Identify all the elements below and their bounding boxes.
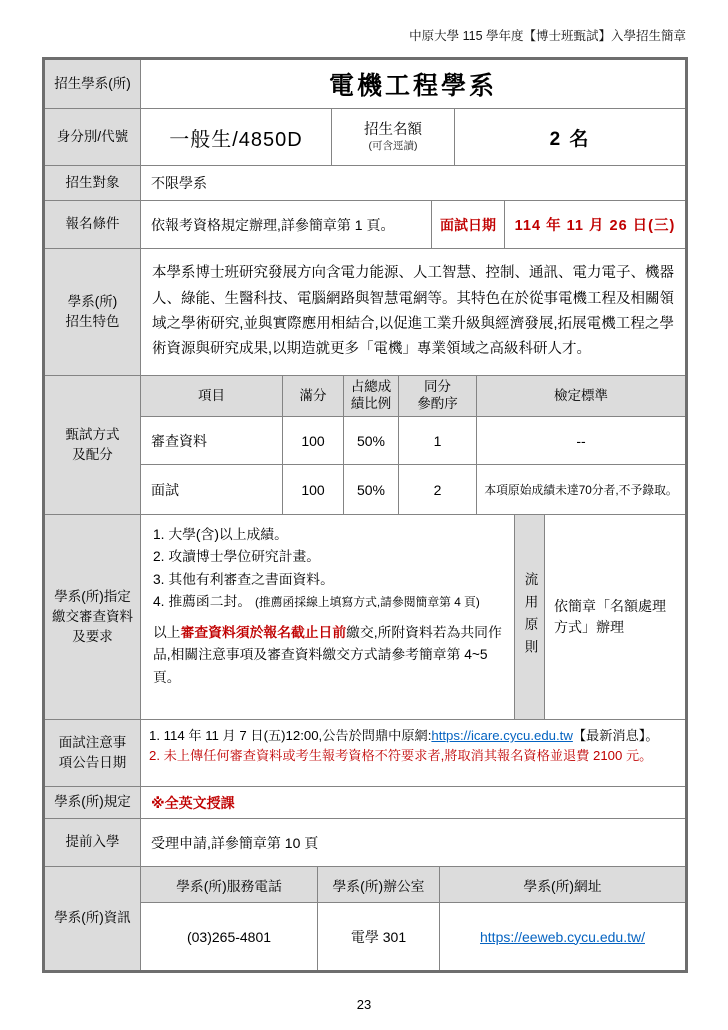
exam-header-item: 項目 <box>141 376 282 416</box>
row-early-admission: 提前入學 受理申請,詳參簡章第 10 頁 <box>45 818 685 866</box>
exam-header-standard: 檢定標準 <box>476 376 685 416</box>
quota-value: 2 名 <box>550 124 591 151</box>
identity-value: 一般生/4850D <box>140 109 331 165</box>
department-label: 招生學系(所) <box>45 60 140 108</box>
target-label: 招生對象 <box>45 166 140 200</box>
exam-table: 項目 滿分 占總成 績比例 同分 參酌序 檢定標準 審查資料 100 50% 1… <box>140 376 685 514</box>
exam-row2-standard: 本項原始成績未達70分者,不予錄取。 <box>476 464 685 514</box>
review-item-3: 3. 其他有利審查之書面資料。 <box>153 569 504 591</box>
info-phone: (03)265-4801 <box>141 902 317 970</box>
review-item-4-note: (推薦函採線上填寫方式,請參閱簡章第 4 頁) <box>255 595 480 609</box>
review-note-red1: 審查資料須於 <box>181 625 264 640</box>
exam-row1-max: 100 <box>282 416 343 464</box>
review-content: 1. 大學(含)以上成績。 2. 攻讀博士學位研究計畫。 3. 其他有利審查之書… <box>140 515 514 719</box>
exam-row2-weight: 50% <box>343 464 398 514</box>
interview-date-label: 面試日期 <box>431 201 504 248</box>
early-admission-value: 受理申請,詳參簡章第 10 頁 <box>140 819 685 866</box>
admission-table: 招生學系(所) 電機工程學系 身分別/代號 一般生/4850D 招生名額 (可含… <box>42 57 688 973</box>
icare-link[interactable]: https://icare.cycu.edu.tw <box>431 728 572 743</box>
info-website-cell: https://eeweb.cycu.edu.tw/ <box>439 902 685 970</box>
exam-header-max: 滿分 <box>282 376 343 416</box>
flow-principle-value: 依簡章「名額處理方式」辦理 <box>544 515 685 719</box>
review-note-prefix: 以上 <box>153 625 181 640</box>
info-header-office: 學系(所)辦公室 <box>317 867 439 902</box>
row-regulation: 學系(所)規定 ※全英文授課 <box>45 786 685 818</box>
row-conditions: 報名條件 依報考資格規定辦理,詳參簡章第 1 頁。 面試日期 114 年 11 … <box>45 200 685 248</box>
department-website-link[interactable]: https://eeweb.cycu.edu.tw/ <box>480 929 645 945</box>
conditions-label: 報名條件 <box>45 201 140 248</box>
row-target: 招生對象 不限學系 <box>45 165 685 200</box>
department-value-cell: 電機工程學系 <box>140 60 685 108</box>
features-label: 學系(所) 招生特色 <box>45 249 140 375</box>
exam-label: 甄試方式 及配分 <box>45 376 140 514</box>
notice-item-2: 2. 未上傳任何審查資料或考生報考資格不符要求者,將取消其報名資格並退費 210… <box>149 746 677 766</box>
review-item-2: 2. 攻讀博士學位研究計畫。 <box>153 546 504 568</box>
regulation-value: ※全英文授課 <box>140 787 685 818</box>
notice-item-1-suffix: 【最新消息】。 <box>573 728 659 743</box>
interview-date-cell: 114 年 11 月 26 日(三) <box>504 201 685 248</box>
document-header: 中原大學 115 學年度【博士班甄試】入學招生簡章 <box>0 0 728 44</box>
target-value: 不限學系 <box>140 166 685 200</box>
row-review-materials: 學系(所)指定 繳交審查資料 及要求 1. 大學(含)以上成績。 2. 攻讀博士… <box>45 514 685 719</box>
notice-content: 1. 114 年 11 月 7 日(五)12:00,公告於問鼎中原網:https… <box>140 720 685 786</box>
quota-value-cell: 2 名 <box>454 109 685 165</box>
row-features: 學系(所) 招生特色 本學系博士班研究發展方向含電力能源、人工智慧、控制、通訊、… <box>45 248 685 375</box>
quota-note: (可含逕讀) <box>369 140 418 153</box>
exam-header-tiebreak: 同分 參酌序 <box>398 376 476 416</box>
identity-label: 身分別/代號 <box>45 109 140 165</box>
review-deadline-note: 以上審查資料須於報名截止日前繳交,所附資料若為共同作品,相關注意事項及審查資料繳… <box>153 622 504 688</box>
conditions-value: 依報考資格規定辦理,詳參簡章第 1 頁。 <box>140 201 431 248</box>
info-header-phone: 學系(所)服務電話 <box>141 867 317 902</box>
features-value-cell: 本學系博士班研究發展方向含電力能源、人工智慧、控制、通訊、電力電子、機器人、綠能… <box>140 249 685 375</box>
flow-principle-label-cell: 流用原則 <box>514 515 544 719</box>
row-exam-method: 甄試方式 及配分 項目 滿分 占總成 績比例 同分 參酌序 檢定標準 審查資料 … <box>45 375 685 514</box>
info-office: 電學 301 <box>317 902 439 970</box>
exam-row2-item: 面試 <box>141 464 282 514</box>
exam-row1-weight: 50% <box>343 416 398 464</box>
row-identity: 身分別/代號 一般生/4850D 招生名額 (可含逕讀) 2 名 <box>45 108 685 165</box>
exam-row2-tiebreak: 2 <box>398 464 476 514</box>
interview-date-value: 114 年 11 月 26 日(三) <box>515 214 676 235</box>
page-number: 23 <box>0 997 728 1012</box>
exam-row1-item: 審查資料 <box>141 416 282 464</box>
early-admission-label: 提前入學 <box>45 819 140 866</box>
row-interview-notice: 面試注意事 項公告日期 1. 114 年 11 月 7 日(五)12:00,公告… <box>45 719 685 786</box>
row-department-info: 學系(所)資訊 學系(所)服務電話 學系(所)辦公室 學系(所)網址 (03)2… <box>45 866 685 970</box>
department-name: 電機工程學系 <box>329 66 497 102</box>
review-item-1: 1. 大學(含)以上成績。 <box>153 524 504 546</box>
notice-label: 面試注意事 項公告日期 <box>45 720 140 786</box>
flow-principle-label: 流用原則 <box>520 572 540 662</box>
notice-item-1: 1. 114 年 11 月 7 日(五)12:00,公告於問鼎中原網:https… <box>149 726 677 746</box>
review-item-4-text: 4. 推薦函二封。 <box>153 594 251 609</box>
review-label: 學系(所)指定 繳交審查資料 及要求 <box>45 515 140 719</box>
quota-header-cell: 招生名額 (可含逕讀) <box>331 109 454 165</box>
info-table: 學系(所)服務電話 學系(所)辦公室 學系(所)網址 (03)265-4801 … <box>140 867 685 970</box>
exam-row1-tiebreak: 1 <box>398 416 476 464</box>
quota-label: 招生名額 <box>364 121 422 139</box>
exam-row2-max: 100 <box>282 464 343 514</box>
exam-row1-standard: -- <box>476 416 685 464</box>
regulation-label: 學系(所)規定 <box>45 787 140 818</box>
info-label: 學系(所)資訊 <box>45 867 140 970</box>
features-text: 本學系博士班研究發展方向含電力能源、人工智慧、控制、通訊、電力電子、機器人、綠能… <box>141 251 685 373</box>
review-item-4: 4. 推薦函二封。 (推薦函採線上填寫方式,請參閱簡章第 4 頁) <box>153 591 504 613</box>
row-department: 招生學系(所) 電機工程學系 <box>45 60 685 108</box>
exam-header-weight: 占總成 績比例 <box>343 376 398 416</box>
review-note-red2: 報名截止日前 <box>263 625 346 640</box>
info-header-website: 學系(所)網址 <box>439 867 685 902</box>
notice-item-1-text: 1. 114 年 11 月 7 日(五)12:00,公告於問鼎中原網: <box>149 728 431 743</box>
